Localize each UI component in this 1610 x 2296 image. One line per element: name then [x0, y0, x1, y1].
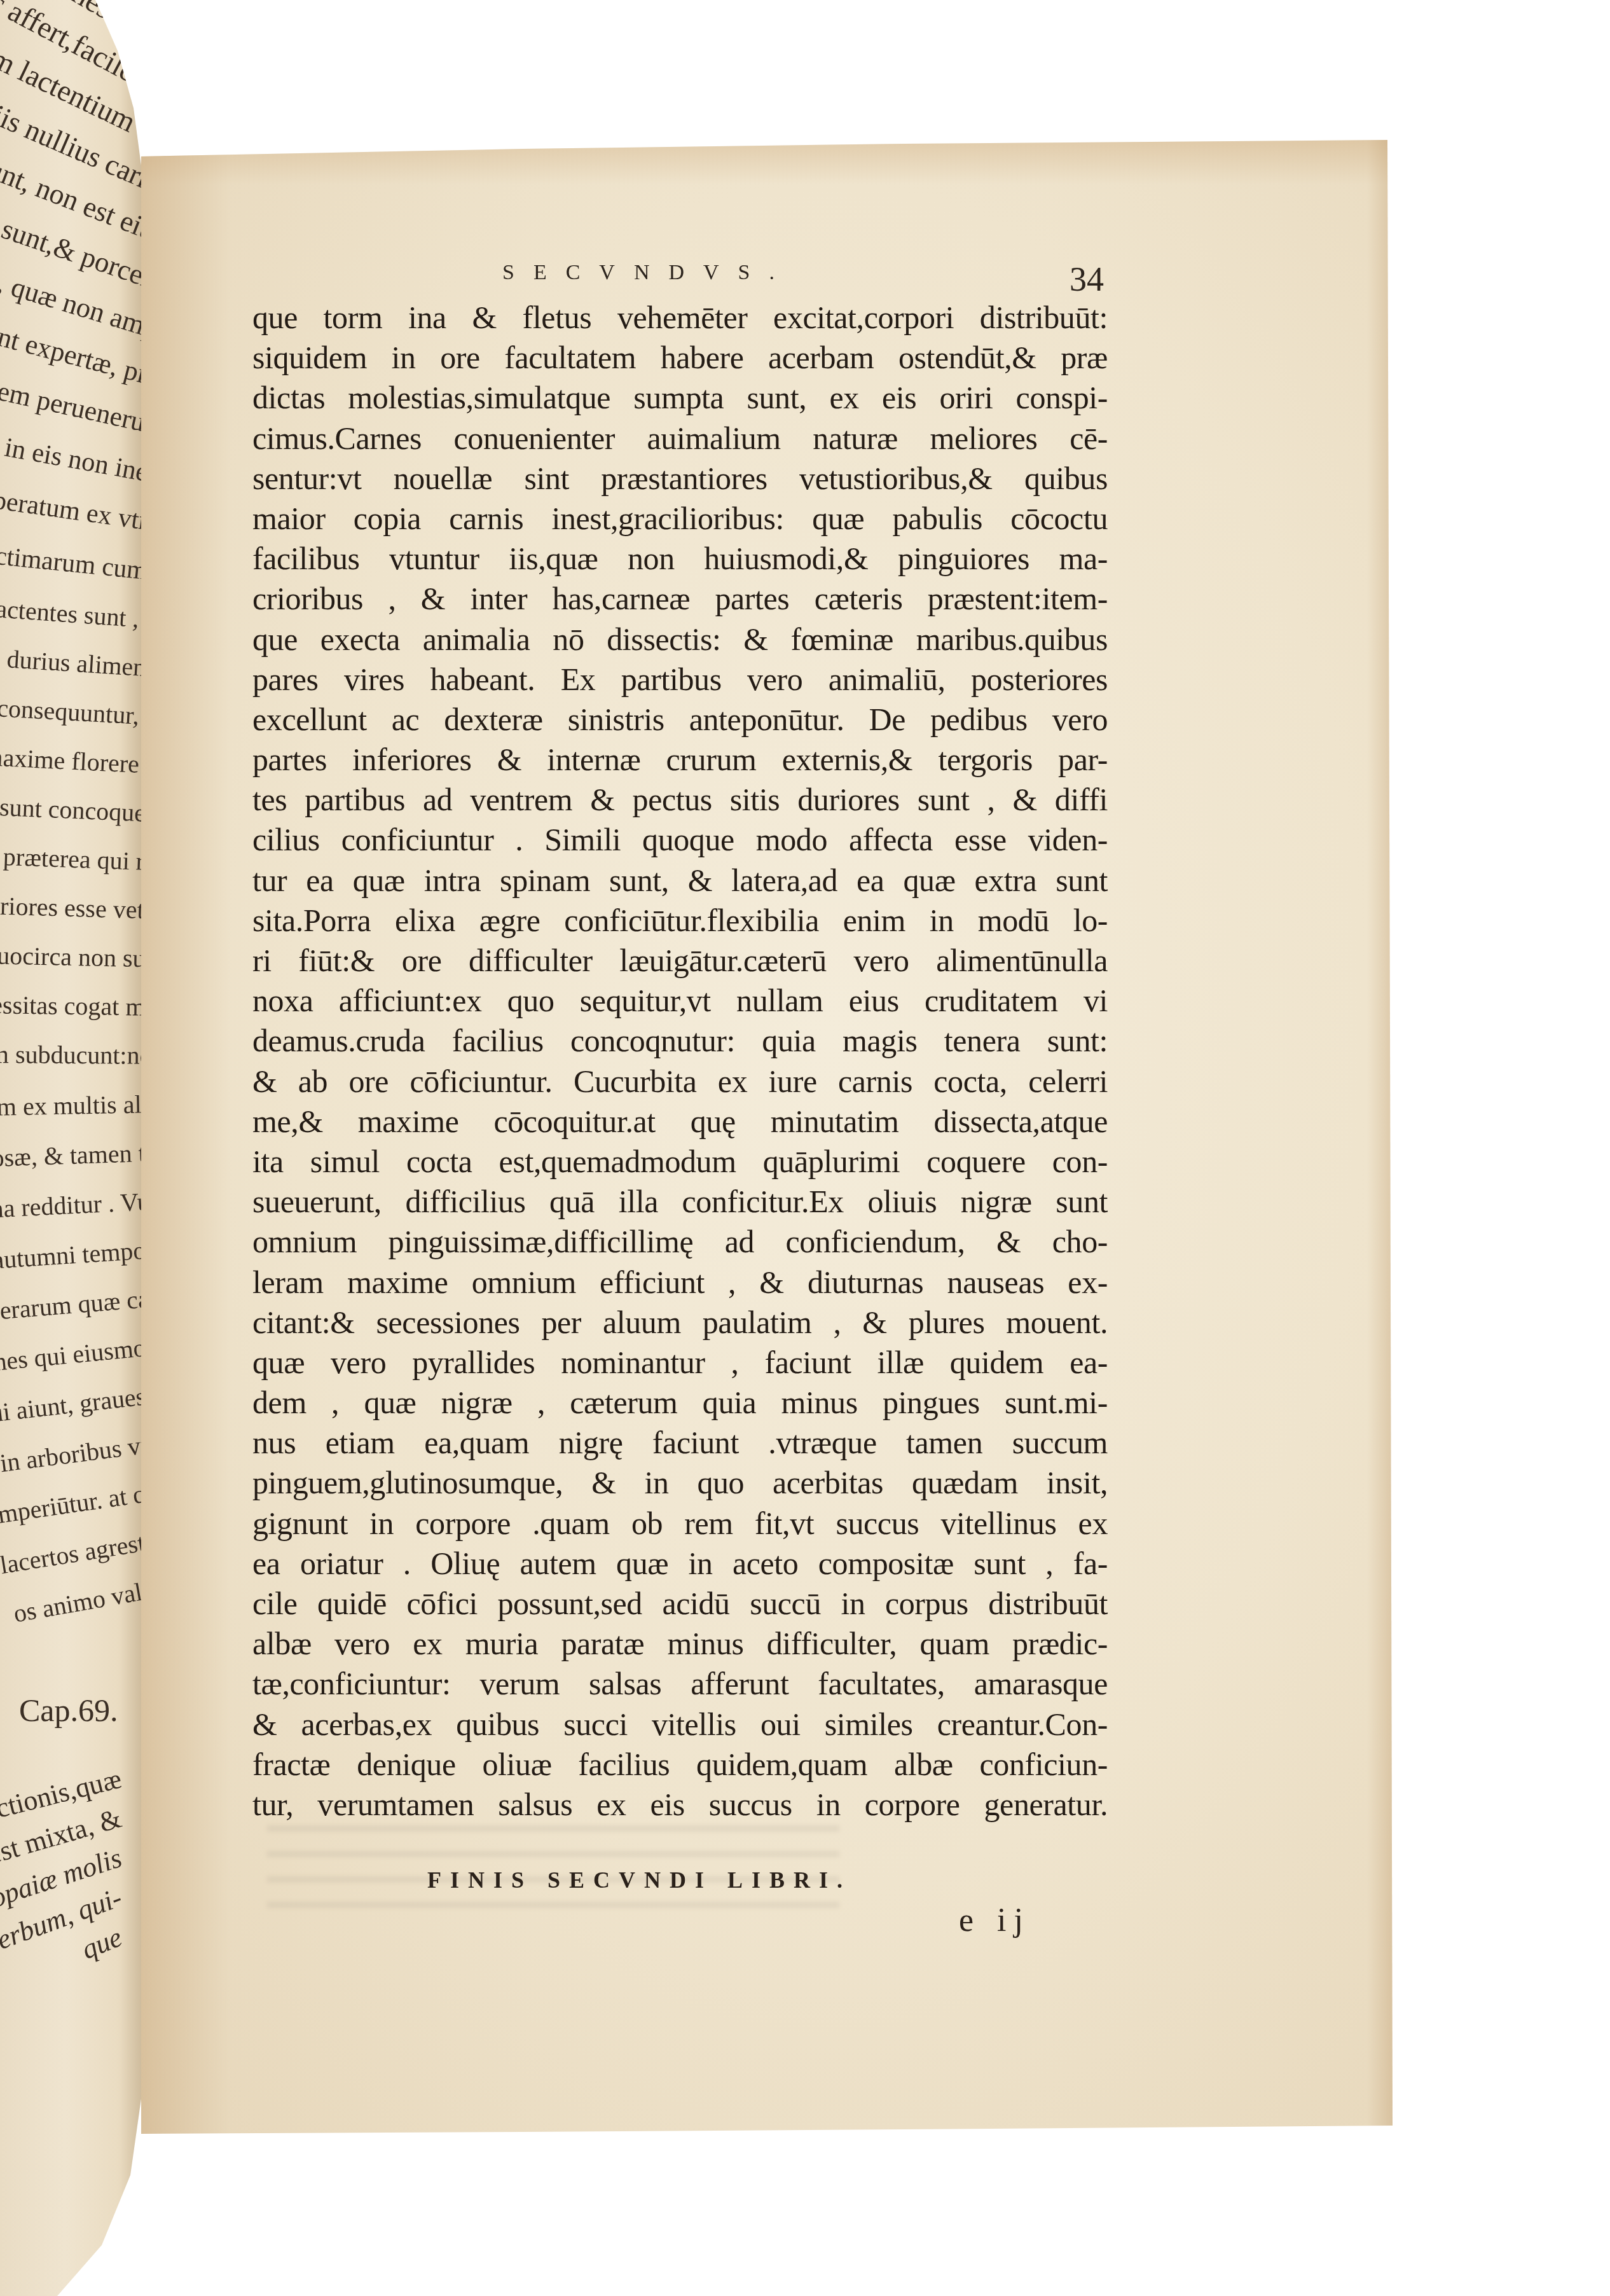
text-line: ri fiūt:& ore difficulter læuigātur.cæte…: [252, 941, 1108, 981]
text-line: sita.Porra elixa ægre conficiūtur.flexib…: [252, 901, 1108, 941]
text-line: cile quidē cōfici possunt,sed acidū succ…: [252, 1584, 1108, 1624]
text-line: ita simul cocta est,quemadmodum quāpluri…: [252, 1142, 1108, 1182]
text-line: fractæ denique oliuæ facilius quidem,qua…: [252, 1745, 1108, 1785]
page-gutter-tone: [141, 140, 230, 2134]
left-page-line: , quam ex multis aliis: [0, 1089, 146, 1123]
text-line: cimus.Carnes conuenienter auimalium natu…: [252, 418, 1108, 459]
text-line: tæ,conficiuntur: verum salsas afferunt f…: [252, 1664, 1108, 1704]
text-line: & ab ore cōficiuntur. Cucurbita ex iure …: [252, 1062, 1108, 1102]
text-line: me,& maxime cōcoquitur.at quę minutatim …: [252, 1102, 1108, 1142]
colophon: FINIS SECVNDI LIBRI.: [427, 1867, 851, 1893]
text-line: cilius conficiuntur . Simili quoque modo…: [252, 820, 1108, 860]
chapter-heading: Cap.69.: [19, 1692, 118, 1729]
text-line: tes partibus ad ventrem & pectus sitis d…: [252, 780, 1108, 820]
text-line: deamus.cruda facilius concoqnutur: quia …: [252, 1021, 1108, 1061]
page-right-edge-tone: [1367, 140, 1393, 2134]
text-line: que execta animalia nō dissectis: & fœmi…: [252, 619, 1108, 660]
text-line: pinguem,glutinosumque, & in quo acerbita…: [252, 1463, 1108, 1503]
text-line: noxa afficiunt:ex quo sequitur,vt nullam…: [252, 981, 1108, 1021]
signature-mark: e ij: [959, 1902, 1031, 1939]
text-line: nus etiam ea,quam nigrę faciunt .vtræque…: [252, 1423, 1108, 1463]
left-page-line: git . quocirca non sunt: [0, 939, 146, 974]
text-line: omnium pinguissimæ,difficillimę ad confi…: [252, 1222, 1108, 1262]
chapter-line: que: [78, 1921, 127, 1966]
text-line: gignunt in corpore .quam ob rem fit,vt s…: [252, 1504, 1108, 1544]
text-line: citant:& secessiones per aluum paulatim …: [252, 1303, 1108, 1343]
text-line: partes inferiores & internæ crurum exter…: [252, 740, 1108, 780]
text-line: sentur:vt nouellæ sint præstantiores vet…: [252, 459, 1108, 499]
text-line: tur, verumtamen salsus ex eis succus in …: [252, 1785, 1108, 1825]
text-line: excellunt ac dexteræ sinistris anteponūt…: [252, 700, 1108, 740]
text-line: que torm ina & fletus vehemēter excitat,…: [252, 298, 1108, 338]
text-line: maior copia carnis inest,gracilioribus: …: [252, 499, 1108, 539]
text-line: dictas molestias,simulatque sumpta sunt,…: [252, 378, 1108, 418]
left-page-line: est deteriores esse vetu-: [0, 889, 146, 925]
running-head: SECVNDVS.: [502, 261, 794, 285]
text-line: siquidem in ore facultatem habere acerba…: [252, 338, 1108, 378]
text-line: dem , quæ nigræ , cæterum quia minus pin…: [252, 1383, 1108, 1423]
page-top-tone: [141, 140, 1393, 184]
page-number: 34: [1070, 259, 1104, 299]
text-line: sueuerunt, difficilius quā illa conficit…: [252, 1182, 1108, 1222]
text-line: albæ vero ex muria paratæ minus difficul…: [252, 1624, 1108, 1664]
left-page-line: e necessitas cogat ma-: [0, 989, 146, 1022]
text-line: quæ vero pyrallides nominantur , faciunt…: [252, 1343, 1108, 1383]
text-line: ea oriatur . Oliuę autem quæ in aceto co…: [252, 1544, 1108, 1584]
body-text: que torm ina & fletus vehemēter excitat,…: [252, 298, 1108, 1825]
text-line: facilibus vtuntur iis,quæ non huiusmodi,…: [252, 539, 1108, 579]
left-page-fragment: teneræ sunt carnes propuod eis lac affer…: [0, 0, 146, 2296]
text-line: pares vires habeant. Ex partibus vero an…: [252, 660, 1108, 700]
text-line: & acerbas,ex quibus succi vitellis oui s…: [252, 1705, 1108, 1745]
text-line: tur ea quæ intra spinam sunt, & latera,a…: [252, 861, 1108, 901]
text-line: crioribus , & inter has,carneæ partes cæ…: [252, 579, 1108, 619]
text-line: leram maxime omnium efficiunt , & diutur…: [252, 1262, 1108, 1303]
left-page-line: aluum subducunt:non: [0, 1039, 146, 1070]
